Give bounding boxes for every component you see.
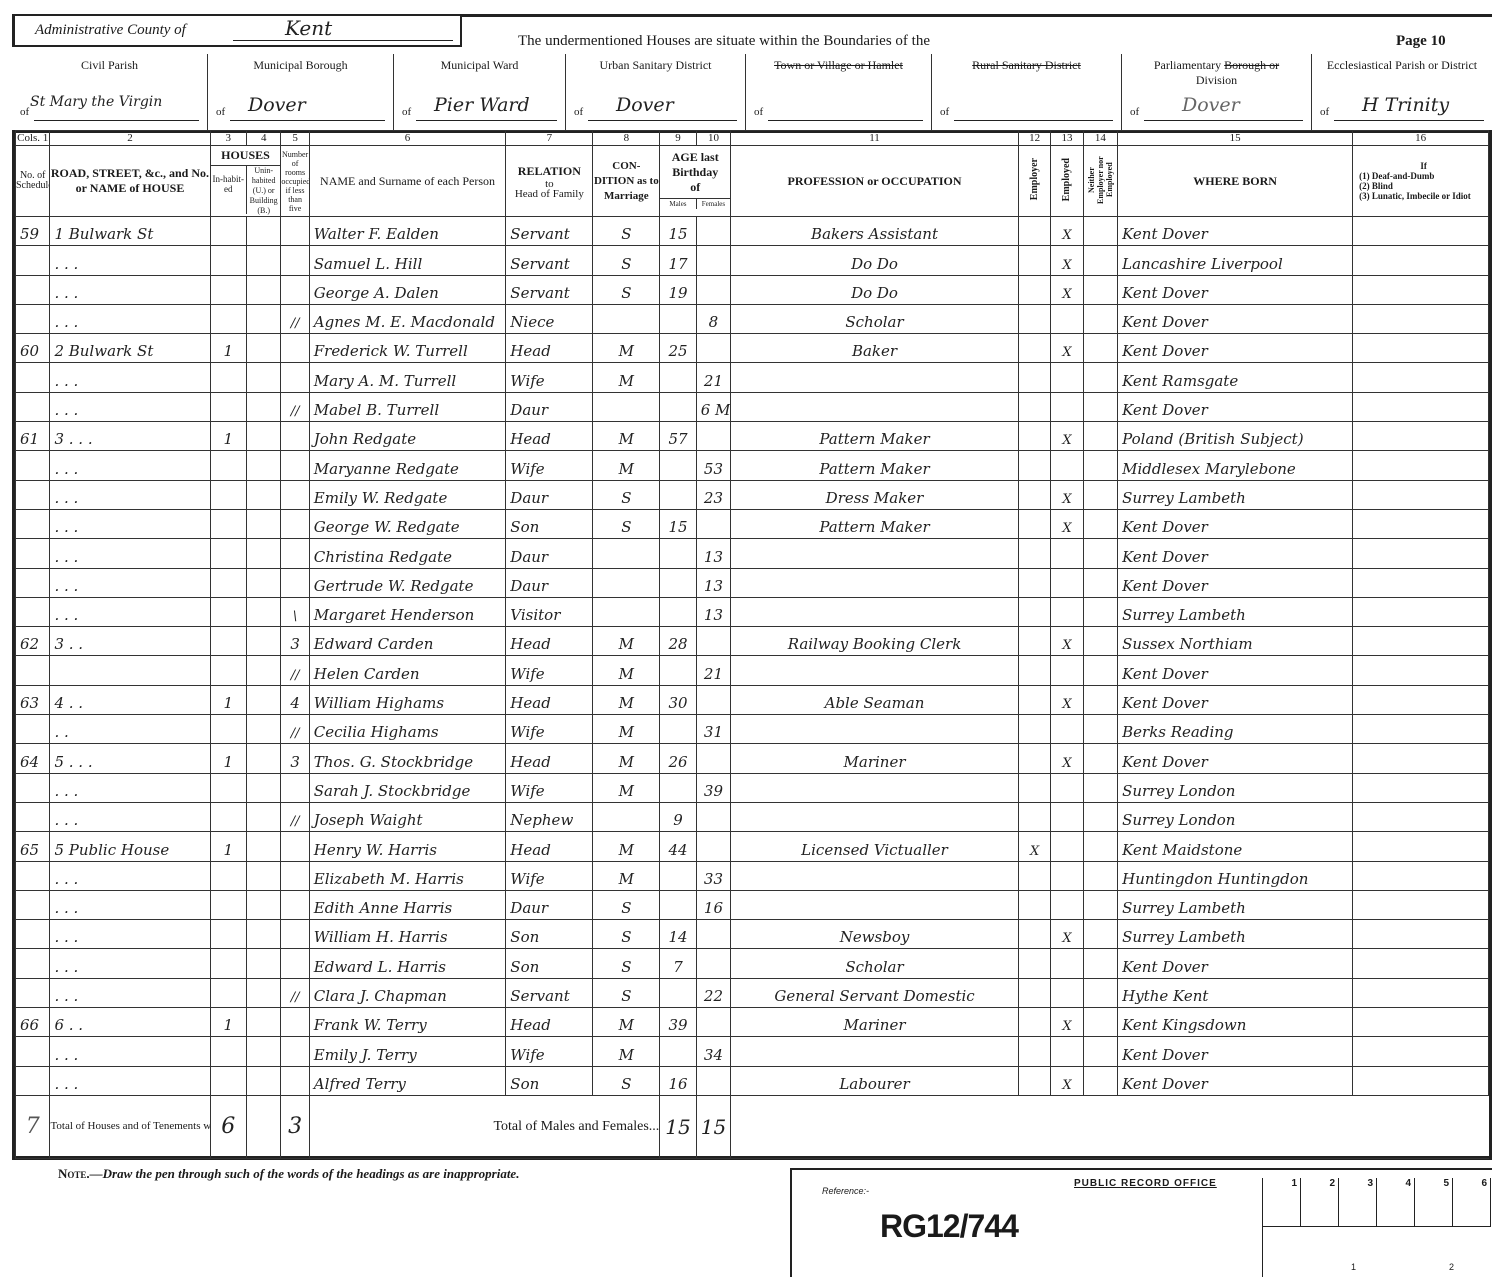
- born-value: Berks Reading: [1118, 723, 1352, 743]
- rooms-cell: [281, 422, 309, 451]
- neither-cell: [1083, 568, 1117, 597]
- table-row: 623 . .3Edward CardenHeadM28Railway Book…: [16, 627, 1489, 656]
- col-num-12: 12: [1018, 131, 1050, 146]
- inhabited-cell: [210, 217, 246, 246]
- male-age-cell: [660, 890, 696, 919]
- district-label-struck: Borough or: [1224, 58, 1279, 72]
- table-row: . . .Edith Anne HarrisDaurS16Surrey Lamb…: [16, 890, 1489, 919]
- table-row: . . .//Agnes M. E. MacdonaldNiece8Schola…: [16, 304, 1489, 333]
- name-cell: Agnes M. E. Macdonald: [309, 304, 506, 333]
- district-label: Municipal Ward: [394, 58, 565, 73]
- table-row: . . .//Mabel B. TurrellDaur6 MonKent Dov…: [16, 392, 1489, 421]
- road-value: 6 . .: [50, 1016, 209, 1036]
- relation-cell: Head: [506, 685, 593, 714]
- relation-cell: Servant: [506, 978, 593, 1007]
- male-age-cell: [660, 1037, 696, 1066]
- inhabited-value: 1: [211, 694, 246, 714]
- table-row: . . .William H. HarrisSonS14NewsboyXSurr…: [16, 920, 1489, 949]
- employed-cell: [1051, 539, 1083, 568]
- condition-cell: S: [593, 978, 660, 1007]
- infirmity-cell: [1353, 627, 1489, 656]
- employer-cell: [1018, 246, 1050, 275]
- table-row: 613 . . .1John RedgateHeadM57Pattern Mak…: [16, 422, 1489, 451]
- household-divider-mark: //: [281, 814, 308, 831]
- male-age-value: 57: [660, 430, 695, 450]
- occupation-cell: Scholar: [731, 304, 1019, 333]
- employer-cell: [1018, 275, 1050, 304]
- employed-cell: [1051, 949, 1083, 978]
- condition-cell: M: [593, 1037, 660, 1066]
- infirmity-cell: [1353, 685, 1489, 714]
- condition-cell: M: [593, 656, 660, 685]
- neither-cell: [1083, 480, 1117, 509]
- born-value: Kent Maidstone: [1118, 841, 1352, 861]
- road-value: . . .: [50, 460, 209, 480]
- road-value: . . .: [50, 284, 209, 304]
- born-cell: Kent Ramsgate: [1118, 363, 1353, 392]
- road-value: 3 . . .: [50, 430, 209, 450]
- road-value: . . .: [50, 577, 209, 597]
- schedule-value: 63: [16, 694, 49, 714]
- neither-cell: [1083, 832, 1117, 861]
- road-value: 1 Bulwark St: [50, 225, 209, 245]
- infirmity-cell: [1353, 920, 1489, 949]
- road-cell: . . .: [50, 451, 210, 480]
- name-value: Emily J. Terry: [310, 1046, 506, 1066]
- male-age-cell: 7: [660, 949, 696, 978]
- born-value: Kent Kingsdown: [1118, 1016, 1352, 1036]
- inhabited-cell: 1: [210, 422, 246, 451]
- female-age-value: 16: [697, 899, 730, 919]
- name-cell: Maryanne Redgate: [309, 451, 506, 480]
- header-condition: CON-DITION as to Marriage: [593, 146, 660, 217]
- district-label-a: Parliamentary: [1154, 58, 1221, 72]
- header-females: Females: [697, 199, 730, 209]
- male-age-cell: [660, 480, 696, 509]
- road-value: . . .: [50, 372, 209, 392]
- road-value: . . .: [50, 928, 209, 948]
- male-age-cell: [660, 861, 696, 890]
- occupation-value: Pattern Maker: [731, 518, 1018, 538]
- schedule-value: 59: [16, 225, 49, 245]
- name-value: Frank W. Terry: [310, 1016, 506, 1036]
- male-age-value: 15: [660, 518, 695, 538]
- condition-cell: [593, 539, 660, 568]
- male-age-value: 16: [660, 1075, 695, 1095]
- male-age-cell: 15: [660, 509, 696, 538]
- road-cell: . . .: [50, 773, 210, 802]
- totals-inhabited: 6: [210, 1095, 246, 1158]
- female-age-cell: [696, 685, 730, 714]
- condition-cell: M: [593, 744, 660, 773]
- uninhabited-cell: [246, 861, 280, 890]
- admin-county-line: [233, 40, 453, 41]
- infirmity-cell: [1353, 480, 1489, 509]
- district-town-village: Town or Village or Hamlet of: [746, 54, 932, 130]
- relation-value: Son: [506, 518, 592, 538]
- totals-section: 7 Total of Houses and of Tenements with …: [16, 1095, 1489, 1158]
- condition-value: S: [593, 255, 659, 275]
- name-cell: William H. Harris: [309, 920, 506, 949]
- name-value: Christina Redgate: [310, 548, 506, 568]
- relation-value: Niece: [506, 313, 592, 333]
- relation-value: Wife: [506, 372, 592, 392]
- relation-value: Wife: [506, 1046, 592, 1066]
- uninhabited-cell: [246, 949, 280, 978]
- name-value: George A. Dalen: [310, 284, 506, 304]
- born-value: Surrey London: [1118, 811, 1352, 831]
- inhabited-cell: [210, 890, 246, 919]
- born-cell: Hythe Kent: [1118, 978, 1353, 1007]
- infirmity-cell: [1353, 802, 1489, 831]
- occupation-value: Railway Booking Clerk: [731, 635, 1018, 655]
- census-rows: 591 Bulwark StWalter F. EaldenServantS15…: [16, 217, 1489, 1096]
- condition-cell: [593, 304, 660, 333]
- rooms-cell: [281, 1008, 309, 1037]
- infirmity-cell: [1353, 656, 1489, 685]
- born-value: Hythe Kent: [1118, 987, 1352, 1007]
- district-parliamentary: Parliamentary Borough or Division of Dov…: [1122, 54, 1312, 130]
- relation-cell: Daur: [506, 890, 593, 919]
- table-row: 645 . . .13Thos. G. StockbridgeHeadM26Ma…: [16, 744, 1489, 773]
- table-row: . . .\Margaret HendersonVisitor13Surrey …: [16, 597, 1489, 626]
- rooms-cell: [281, 890, 309, 919]
- infirmity-cell: [1353, 451, 1489, 480]
- rooms-cell: //: [281, 392, 309, 421]
- rooms-cell: [281, 480, 309, 509]
- employed-cell: X: [1051, 480, 1083, 509]
- born-value: Surrey Lambeth: [1118, 489, 1352, 509]
- rooms-cell: [281, 568, 309, 597]
- employed-value: X: [1051, 228, 1082, 245]
- road-value: . . .: [50, 958, 209, 978]
- employer-cell: [1018, 392, 1050, 421]
- rooms-cell: [281, 217, 309, 246]
- road-cell: . . .: [50, 568, 210, 597]
- table-row: . . .Elizabeth M. HarrisWifeM33Huntingdo…: [16, 861, 1489, 890]
- name-value: William Highams: [310, 694, 506, 714]
- scale-tick: 2: [1449, 1262, 1454, 1272]
- relation-value: Son: [506, 928, 592, 948]
- female-age-cell: 34: [696, 1037, 730, 1066]
- uninhabited-cell: [246, 568, 280, 597]
- rooms-cell: 3: [281, 744, 309, 773]
- condition-cell: [593, 802, 660, 831]
- relation-cell: Daur: [506, 480, 593, 509]
- condition-value: M: [593, 841, 659, 861]
- table-row: . . .Emily W. RedgateDaurS23Dress MakerX…: [16, 480, 1489, 509]
- pro-reference-label: Reference:-: [822, 1186, 869, 1196]
- name-cell: Frederick W. Turrell: [309, 334, 506, 363]
- schedule-cell: [16, 363, 50, 392]
- rooms-cell: [281, 246, 309, 275]
- inhabited-cell: [210, 392, 246, 421]
- header-infirmity-1: (1) Deaf-and-Dumb: [1359, 171, 1488, 181]
- scale-cell: 1: [1263, 1178, 1301, 1226]
- name-cell: Gertrude W. Redgate: [309, 568, 506, 597]
- condition-cell: M: [593, 715, 660, 744]
- name-cell: William Highams: [309, 685, 506, 714]
- relation-value: Wife: [506, 782, 592, 802]
- female-age-cell: [696, 832, 730, 861]
- table-row: . . .//Joseph WaightNephew9Surrey London: [16, 802, 1489, 831]
- inhabited-cell: [210, 597, 246, 626]
- male-age-cell: [660, 451, 696, 480]
- employed-value: X: [1051, 258, 1082, 275]
- female-age-value: 13: [697, 548, 730, 568]
- road-value: . . .: [50, 870, 209, 890]
- relation-cell: Visitor: [506, 597, 593, 626]
- male-age-cell: 19: [660, 275, 696, 304]
- occupation-cell: Baker: [731, 334, 1019, 363]
- relation-value: Visitor: [506, 606, 592, 626]
- condition-value: M: [593, 460, 659, 480]
- employer-cell: [1018, 920, 1050, 949]
- road-cell: . . .: [50, 1037, 210, 1066]
- neither-cell: [1083, 1066, 1117, 1095]
- female-age-value: 22: [697, 987, 730, 1007]
- header-employed-label: Employed: [1061, 158, 1072, 201]
- relation-value: Daur: [506, 548, 592, 568]
- occupation-cell: [731, 568, 1019, 597]
- district-of: of: [940, 106, 949, 118]
- district-line: [34, 120, 199, 121]
- condition-value: S: [593, 1075, 659, 1095]
- condition-cell: M: [593, 334, 660, 363]
- infirmity-cell: [1353, 217, 1489, 246]
- household-divider-mark: //: [281, 316, 308, 333]
- occupation-value: Mariner: [731, 1016, 1018, 1036]
- male-age-cell: [660, 304, 696, 333]
- neither-cell: [1083, 275, 1117, 304]
- table-row: //Helen CardenWifeM21Kent Dover: [16, 656, 1489, 685]
- relation-cell: Wife: [506, 1037, 593, 1066]
- name-value: Mary A. M. Turrell: [310, 372, 506, 392]
- schedule-cell: [16, 861, 50, 890]
- employed-cell: [1051, 363, 1083, 392]
- district-value: Pier Ward: [434, 94, 530, 116]
- rooms-value: 3: [281, 753, 308, 773]
- column-header-row: No. of Schedule ROAD, STREET, &c., and N…: [16, 146, 1489, 217]
- condition-value: M: [593, 342, 659, 362]
- inhabited-cell: [210, 1037, 246, 1066]
- born-cell: Kent Dover: [1118, 509, 1353, 538]
- occupation-cell: [731, 656, 1019, 685]
- schedule-cell: [16, 1037, 50, 1066]
- inhabited-cell: [210, 627, 246, 656]
- female-age-cell: 21: [696, 363, 730, 392]
- schedule-cell: [16, 656, 50, 685]
- road-cell: . . .: [50, 304, 210, 333]
- road-cell: . . .: [50, 509, 210, 538]
- footer-note: Note.—Draw the pen through such of the w…: [58, 1166, 519, 1182]
- relation-cell: Wife: [506, 656, 593, 685]
- rooms-cell: [281, 363, 309, 392]
- schedule-value: 65: [16, 841, 49, 861]
- male-age-cell: [660, 715, 696, 744]
- employed-cell: [1051, 802, 1083, 831]
- schedule-cell: 64: [16, 744, 50, 773]
- schedule-cell: 65: [16, 832, 50, 861]
- name-cell: Elizabeth M. Harris: [309, 861, 506, 890]
- road-value: . . .: [50, 401, 209, 421]
- totals-row: 7 Total of Houses and of Tenements with …: [16, 1095, 1489, 1158]
- inhabited-value: 1: [211, 430, 246, 450]
- female-age-value: 53: [697, 460, 730, 480]
- relation-value: Head: [506, 841, 592, 861]
- employer-cell: [1018, 890, 1050, 919]
- scale-divider: [1263, 1226, 1491, 1227]
- infirmity-cell: [1353, 832, 1489, 861]
- female-age-value: 33: [697, 870, 730, 890]
- employed-cell: X: [1051, 1066, 1083, 1095]
- occupation-cell: Do Do: [731, 246, 1019, 275]
- col-num-8: 8: [593, 131, 660, 146]
- relation-cell: Wife: [506, 363, 593, 392]
- road-value: 5 . . .: [50, 753, 209, 773]
- neither-cell: [1083, 451, 1117, 480]
- male-age-cell: 26: [660, 744, 696, 773]
- table-row: . . .George W. RedgateSonS15Pattern Make…: [16, 509, 1489, 538]
- male-age-value: 44: [660, 841, 695, 861]
- name-value: Edward L. Harris: [310, 958, 506, 978]
- relation-value: Head: [506, 635, 592, 655]
- schedule-value: 66: [16, 1016, 49, 1036]
- inhabited-cell: [210, 773, 246, 802]
- relation-value: Servant: [506, 987, 592, 1007]
- inhabited-cell: [210, 656, 246, 685]
- header-employer: Employer: [1018, 146, 1050, 217]
- occupation-value: Dress Maker: [731, 489, 1018, 509]
- header-employed: Employed: [1051, 146, 1083, 217]
- relation-value: Daur: [506, 577, 592, 597]
- header-infirmity-if: If: [1359, 161, 1488, 171]
- neither-cell: [1083, 656, 1117, 685]
- name-value: Mabel B. Turrell: [310, 401, 506, 421]
- schedule-cell: [16, 304, 50, 333]
- born-value: Kent Dover: [1118, 342, 1352, 362]
- born-cell: Lancashire Liverpool: [1118, 246, 1353, 275]
- uninhabited-cell: [246, 685, 280, 714]
- neither-cell: [1083, 422, 1117, 451]
- employed-cell: [1051, 890, 1083, 919]
- schedule-cell: [16, 597, 50, 626]
- born-cell: Surrey Lambeth: [1118, 920, 1353, 949]
- male-age-cell: 25: [660, 334, 696, 363]
- road-value: . . .: [50, 987, 209, 1007]
- employer-cell: [1018, 304, 1050, 333]
- road-cell: . .: [50, 715, 210, 744]
- name-value: Edward Carden: [310, 635, 506, 655]
- totals-mf-label: Total of Males and Females...: [309, 1095, 660, 1158]
- household-divider-mark: //: [281, 404, 308, 421]
- rooms-cell: [281, 539, 309, 568]
- relation-value: Wife: [506, 460, 592, 480]
- employer-cell: [1018, 363, 1050, 392]
- born-cell: Surrey Lambeth: [1118, 480, 1353, 509]
- header-employer-label: Employer: [1029, 158, 1040, 200]
- infirmity-cell: [1353, 1008, 1489, 1037]
- neither-cell: [1083, 334, 1117, 363]
- uninhabited-cell: [246, 334, 280, 363]
- infirmity-cell: [1353, 422, 1489, 451]
- employer-cell: [1018, 597, 1050, 626]
- employer-value: X: [1019, 844, 1050, 861]
- employed-value: X: [1051, 492, 1082, 509]
- name-cell: Samuel L. Hill: [309, 246, 506, 275]
- occupation-value: Mariner: [731, 753, 1018, 773]
- table-row: . . .George A. DalenServantS19Do DoXKent…: [16, 275, 1489, 304]
- col-num-1: Cols. 1: [16, 131, 50, 146]
- occupation-cell: General Servant Domestic: [731, 978, 1019, 1007]
- inhabited-cell: [210, 363, 246, 392]
- district-value: St Mary the Virgin: [30, 94, 162, 110]
- employed-cell: X: [1051, 920, 1083, 949]
- road-cell: . . .: [50, 949, 210, 978]
- rooms-cell: //: [281, 978, 309, 1007]
- inhabited-value: 1: [211, 1016, 246, 1036]
- condition-cell: S: [593, 920, 660, 949]
- infirmity-cell: [1353, 715, 1489, 744]
- inhabited-cell: 1: [210, 685, 246, 714]
- district-line: [1144, 120, 1303, 121]
- occupation-cell: Pattern Maker: [731, 509, 1019, 538]
- totals-uninhabited: [246, 1095, 280, 1158]
- district-of: of: [20, 106, 29, 118]
- district-line: [954, 120, 1113, 121]
- employed-cell: X: [1051, 275, 1083, 304]
- table-row: . . .Gertrude W. RedgateDaur13Kent Dover: [16, 568, 1489, 597]
- male-age-cell: 30: [660, 685, 696, 714]
- occupation-cell: Dress Maker: [731, 480, 1019, 509]
- neither-cell: [1083, 392, 1117, 421]
- employed-cell: X: [1051, 685, 1083, 714]
- born-cell: Sussex Northiam: [1118, 627, 1353, 656]
- infirmity-cell: [1353, 1037, 1489, 1066]
- road-cell: . . .: [50, 802, 210, 831]
- employer-cell: [1018, 802, 1050, 831]
- relation-cell: Head: [506, 744, 593, 773]
- born-value: Kent Dover: [1118, 694, 1352, 714]
- male-age-value: 14: [660, 928, 695, 948]
- employed-cell: X: [1051, 509, 1083, 538]
- name-value: John Redgate: [310, 430, 506, 450]
- male-age-value: 25: [660, 342, 695, 362]
- born-cell: Kent Dover: [1118, 275, 1353, 304]
- name-value: Elizabeth M. Harris: [310, 870, 506, 890]
- schedule-cell: 61: [16, 422, 50, 451]
- name-value: Samuel L. Hill: [310, 255, 506, 275]
- born-value: Kent Dover: [1118, 284, 1352, 304]
- female-age-value: 13: [697, 606, 730, 626]
- female-age-cell: 23: [696, 480, 730, 509]
- relation-value: Servant: [506, 225, 592, 245]
- pro-stamp: Reference:- RG12/744 PUBLIC RECORD OFFIC…: [790, 1168, 1492, 1277]
- header-age: AGE last Birthday of Males Females: [660, 146, 731, 217]
- condition-value: S: [593, 489, 659, 509]
- household-divider-mark: \: [281, 609, 308, 626]
- infirmity-cell: [1353, 275, 1489, 304]
- male-age-value: 15: [660, 225, 695, 245]
- neither-cell: [1083, 304, 1117, 333]
- road-value: . . .: [50, 1075, 209, 1095]
- rooms-value: 3: [281, 635, 308, 655]
- female-age-cell: 6 Mon: [696, 392, 730, 421]
- col-num-4: 4: [246, 131, 280, 146]
- female-age-value: 34: [697, 1046, 730, 1066]
- employed-value: X: [1051, 433, 1082, 450]
- occupation-cell: Newsboy: [731, 920, 1019, 949]
